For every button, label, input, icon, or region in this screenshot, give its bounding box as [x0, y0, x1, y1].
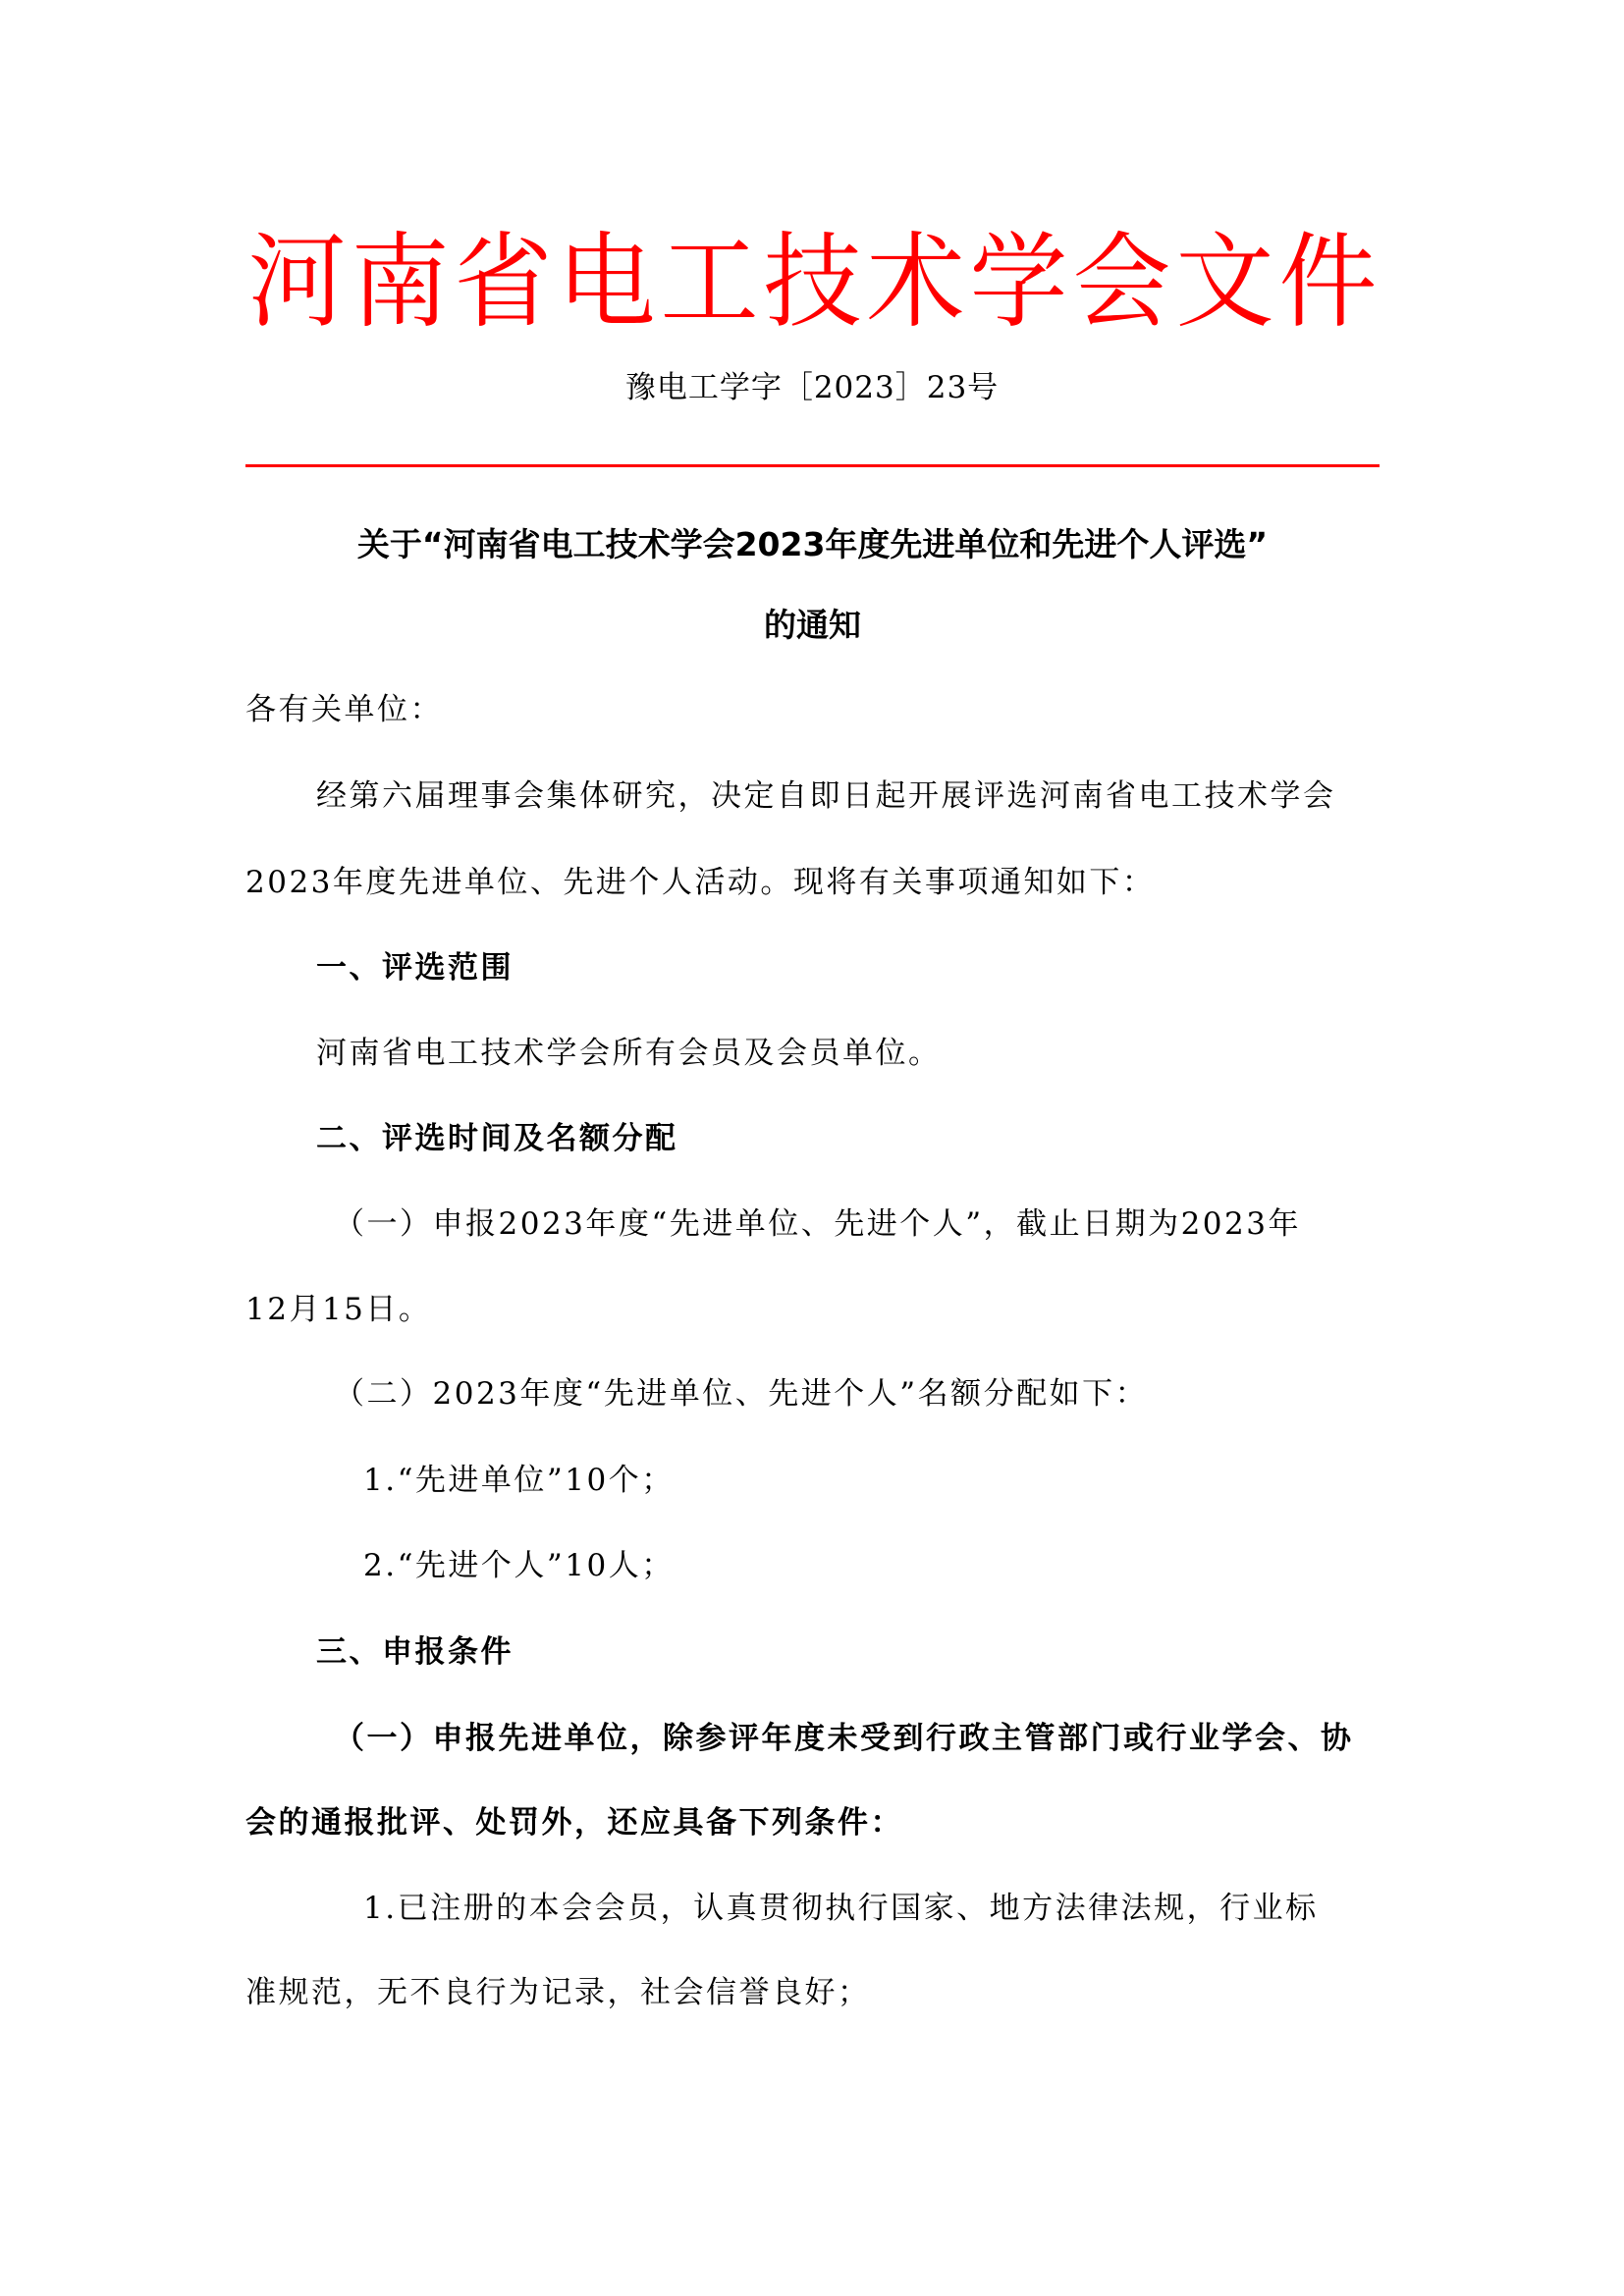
masthead-char: 电	[555, 221, 658, 345]
section3-sub1-line1: （一）申报先进单位，除参评年度未受到行政主管部门或行业学会、协	[334, 1719, 1380, 1758]
masthead-char: 南	[349, 221, 452, 345]
salutation: 各有关单位：	[245, 690, 1384, 729]
red-divider	[245, 464, 1380, 467]
masthead-char: 术	[864, 221, 967, 345]
quota-advanced-unit: 1.“先进单位”10个；	[363, 1461, 1502, 1500]
section3-heading: 三、申报条件	[316, 1632, 1455, 1672]
masthead-char: 工	[658, 221, 761, 345]
condition1-line2: 准规范，无不良行为记录，社会信誉良好；	[245, 1973, 1384, 2012]
intro-paragraph-line1: 经第六届理事会集体研究，决定自即日起开展评选河南省电工技术学会	[316, 776, 1381, 816]
section2-item1-line2: 12月15日。	[245, 1290, 1384, 1329]
notice-title-line2: 的通知	[245, 604, 1380, 647]
notice-title-line1: 关于“河南省电工技术学会2023年度先进单位和先进个人评选”	[245, 523, 1380, 566]
masthead-char: 文	[1173, 221, 1276, 345]
condition1-line1: 1.已注册的本会会员，认真贯彻执行国家、地方法律法规，行业标	[363, 1889, 1360, 1928]
quota-advanced-individual: 2.“先进个人”10人；	[363, 1546, 1502, 1585]
masthead-char: 会	[1070, 221, 1173, 345]
section2-item2: （二）2023年度“先进单位、先进个人”名额分配如下：	[334, 1374, 1473, 1414]
masthead-char: 学	[967, 221, 1070, 345]
document-page: 河 南 省 电 工 技 术 学 会 文 件 豫电工学字［2023］23号 关于“…	[0, 0, 1624, 2296]
masthead-char: 技	[761, 221, 864, 345]
section2-item1-line1: （一）申报2023年度“先进单位、先进个人”，截止日期为2023年	[334, 1204, 1384, 1244]
document-number: 豫电工学字［2023］23号	[0, 368, 1624, 407]
section2-heading: 二、评选时间及名额分配	[316, 1119, 1455, 1158]
masthead-char: 省	[452, 221, 555, 345]
section1-text: 河南省电工技术学会所有会员及会员单位。	[316, 1034, 1455, 1073]
masthead-char: 件	[1276, 221, 1380, 345]
intro-paragraph-line2: 2023年度先进单位、先进个人活动。现将有关事项通知如下：	[245, 863, 1384, 902]
masthead-title: 河 南 省 电 工 技 术 学 会 文 件	[245, 224, 1380, 342]
section3-sub1-line2: 会的通报批评、处罚外，还应具备下列条件：	[245, 1803, 1384, 1842]
section1-heading: 一、评选范围	[316, 948, 1455, 988]
masthead-char: 河	[245, 221, 349, 345]
